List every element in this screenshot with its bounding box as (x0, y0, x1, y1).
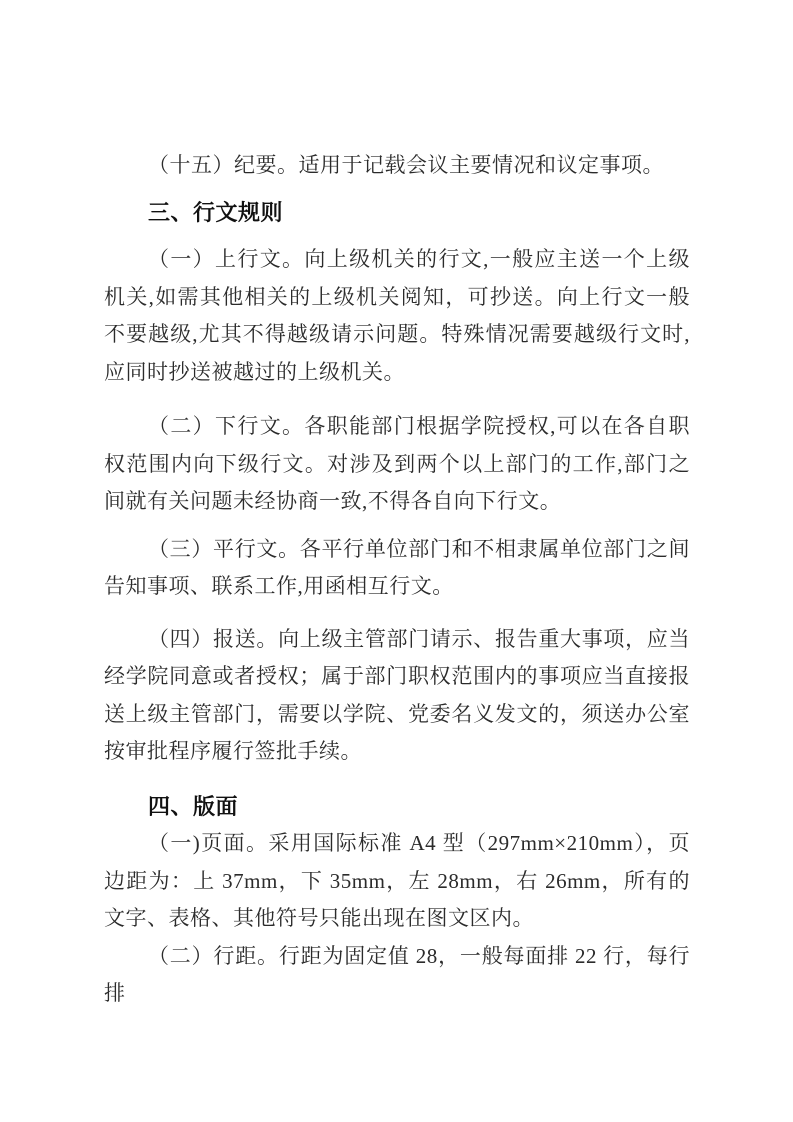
paragraph-yemian: （一)页面。采用国际标准 A4 型（297mm×210mm），页边距为：上 37… (104, 825, 690, 938)
document-page: （十五）纪要。适用于记载会议主要情况和议定事项。 三、行文规则 （一）上行文。向… (0, 0, 793, 1122)
section-heading-banmian: 四、版面 (104, 788, 690, 826)
paragraph-pingxingwen: （三）平行文。各平行单位部门和不相隶属单位部门之间告知事项、联系工作,用函相互行… (104, 531, 690, 606)
paragraph-hangju: （二）行距。行距为固定值 28，一般每面排 22 行，每行排 (104, 938, 690, 1013)
section-heading-xingwen-guize: 三、行文规则 (104, 194, 690, 232)
paragraph-shangxingwen: （一）上行文。向上级机关的行文,一般应主送一个上级机关,如需其他相关的上级机关阅… (104, 241, 690, 391)
paragraph-xiaxingwen: （二）下行文。各职能部门根据学院授权,可以在各自职权范围内向下级行文。对涉及到两… (104, 408, 690, 521)
paragraph-15-jiyao: （十五）纪要。适用于记载会议主要情况和议定事项。 (104, 147, 690, 185)
document-content: （十五）纪要。适用于记载会议主要情况和议定事项。 三、行文规则 （一）上行文。向… (104, 0, 690, 1013)
paragraph-baosong: （四）报送。向上级主管部门请示、报告重大事项，应当经学院同意或者授权；属于部门职… (104, 621, 690, 771)
